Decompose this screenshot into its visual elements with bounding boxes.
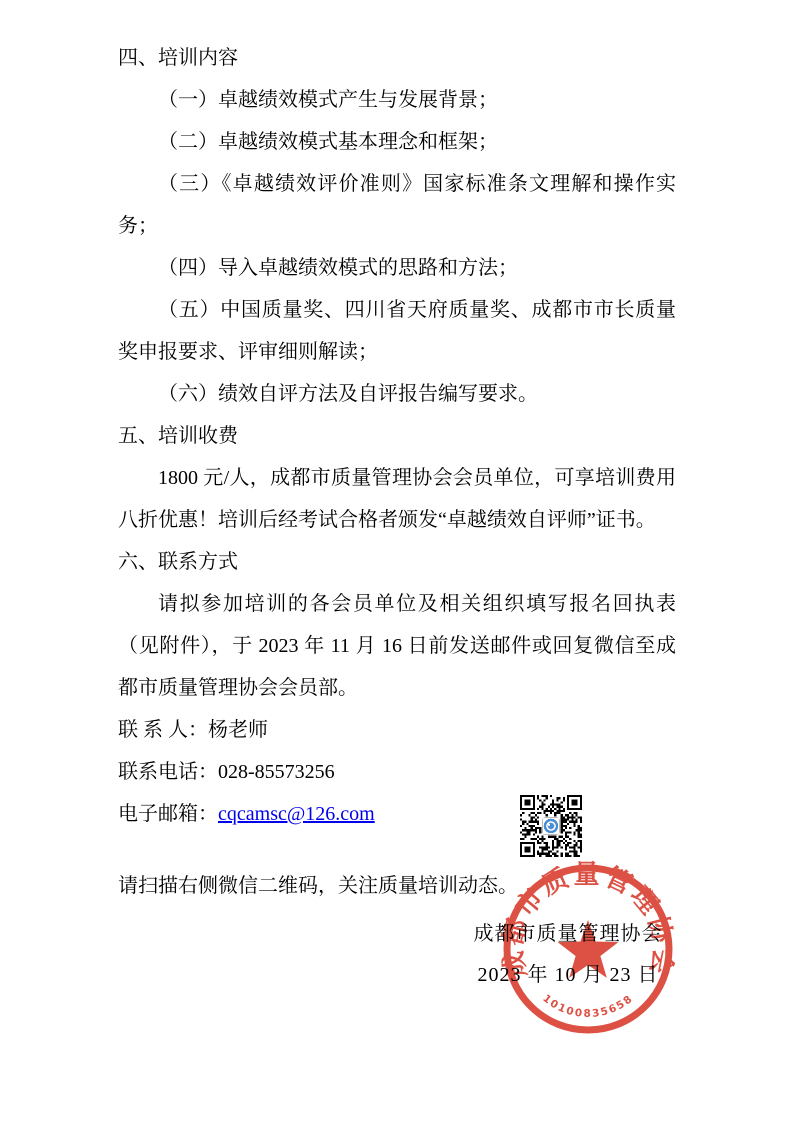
section-heading-contact: 六、联系方式 bbox=[118, 541, 676, 583]
fees-paragraph: 1800 元/人，成都市质量管理协会会员单位，可享培训费用八折优惠！培训后经考试… bbox=[118, 457, 676, 541]
wechat-qr-code-icon bbox=[520, 795, 582, 857]
section-heading-fees: 五、培训收费 bbox=[118, 415, 676, 457]
section-heading-training-content: 四、培训内容 bbox=[118, 37, 676, 79]
training-content-item-5: （五）中国质量奖、四川省天府质量奖、成都市市长质量奖申报要求、评审细则解读； bbox=[118, 289, 676, 373]
contact-person: 联 系 人：杨老师 bbox=[118, 709, 676, 751]
contact-phone: 联系电话：028-85573256 bbox=[118, 751, 676, 793]
training-content-item-6: （六）绩效自评方法及自评报告编写要求。 bbox=[118, 373, 676, 415]
signature-block: 成都市质量管理协会 2023 年 10 月 23 日 bbox=[408, 914, 728, 996]
contact-email-row: 电子邮箱：cqcamsc@126.com bbox=[118, 793, 676, 835]
signature-org: 成都市质量管理协会 bbox=[408, 914, 728, 955]
training-content-item-3: （三）《卓越绩效评价准则》国家标准条文理解和操作实务； bbox=[118, 163, 676, 247]
email-link[interactable]: cqcamsc@126.com bbox=[218, 803, 375, 825]
document-page: 四、培训内容 （一）卓越绩效模式产生与发展背景； （二）卓越绩效模式基本理念和框… bbox=[0, 0, 794, 1123]
training-content-item-1: （一）卓越绩效模式产生与发展背景； bbox=[118, 79, 676, 121]
contact-paragraph: 请拟参加培训的各会员单位及相关组织填写报名回执表（见附件），于 2023 年 1… bbox=[118, 583, 676, 709]
signature-date: 2023 年 10 月 23 日 bbox=[408, 955, 728, 996]
training-content-item-4: （四）导入卓越绩效模式的思路和方法； bbox=[118, 247, 676, 289]
contact-email-label: 电子邮箱： bbox=[118, 803, 218, 825]
training-content-item-2: （二）卓越绩效模式基本理念和框架； bbox=[118, 121, 676, 163]
